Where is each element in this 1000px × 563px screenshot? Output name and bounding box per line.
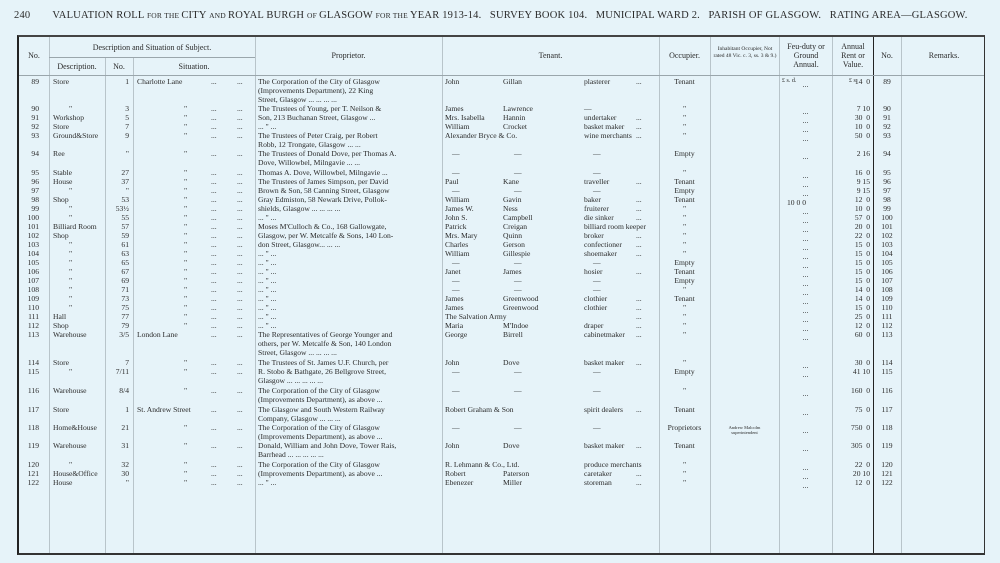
row-proprietor: ... " ... <box>258 322 441 331</box>
divider <box>49 37 50 553</box>
row-street-number: 3/5 <box>105 331 129 340</box>
row-dots: ... <box>211 331 217 340</box>
row-tenant-first: — <box>452 424 460 433</box>
row-annual-rent: 305 0 <box>832 442 870 451</box>
row-proprietor: (Improvements Department), as above ... <box>258 470 441 479</box>
row-situation: " <box>184 424 187 433</box>
row-tenant-last: — <box>514 424 522 433</box>
row-proprietor: Son, 213 Buchanan Street, Glasgow ... <box>258 114 441 123</box>
row-street-number: 1 <box>105 78 129 87</box>
row-dots: ... <box>211 424 217 433</box>
row-feu-duty: ... <box>779 371 832 380</box>
row-situation: " <box>184 132 187 141</box>
row-dots: ... <box>237 150 243 159</box>
row-proprietor: The Trustees of Young, per T. Neilson & <box>258 105 441 114</box>
row-description: " <box>69 368 72 377</box>
row-dots: ... <box>237 78 243 87</box>
row-tenant-trade: basket maker <box>584 359 624 368</box>
row-situation: " <box>184 322 187 331</box>
row-annual-rent: 75 0 <box>832 406 870 415</box>
row-feu-duty: ... <box>779 409 832 418</box>
title-part: CITY <box>181 10 209 21</box>
row-description: Ground&Store <box>53 132 98 141</box>
col-header-description: Description. <box>49 62 105 71</box>
row-description: Store <box>53 406 69 415</box>
row-proprietor: ... " ... <box>258 277 441 286</box>
row-number-2: 116 <box>873 387 901 396</box>
row-situation: " <box>184 387 187 396</box>
row-proprietor: ... " ... <box>258 214 441 223</box>
row-occupier: " <box>659 479 710 488</box>
header-divider <box>19 75 984 76</box>
row-tenant-trade: basket maker <box>584 442 624 451</box>
row-dots: ... <box>211 442 217 451</box>
row-dots: ... <box>237 387 243 396</box>
row-number: 113 <box>19 331 39 340</box>
row-feu-duty: ... <box>779 334 832 343</box>
row-proprietor: R. Stobo & Bathgate, 26 Bellgrove Street… <box>258 368 441 377</box>
row-tenant-last: — <box>514 150 522 159</box>
row-description: Warehouse <box>53 331 87 340</box>
row-proprietor: (Improvements Department), as above ... <box>258 433 441 442</box>
row-proprietor: ... " ... <box>258 259 441 268</box>
row-annual-rent: 750 0 <box>832 424 870 433</box>
row-number: 117 <box>19 406 39 415</box>
row-annual-rent: 2 16 <box>832 150 870 159</box>
row-proprietor: The Corporation of the City of Glasgow <box>258 387 441 396</box>
row-dots: ... <box>237 368 243 377</box>
row-proprietor: Street, Glasgow ... ... ... ... <box>258 349 441 358</box>
row-proprietor: Glasgow ... ... ... ... ... <box>258 377 441 386</box>
row-number-2: 94 <box>873 150 901 159</box>
row-number: 122 <box>19 479 39 488</box>
row-description: Shop <box>53 232 69 241</box>
col-header-annual-rent: Annual Rent or Value. <box>834 42 872 69</box>
row-proprietor: Robb, 12 Trongate, Glasgow ... ... <box>258 141 441 150</box>
row-dots: ... <box>237 442 243 451</box>
row-tenant-first: John <box>445 442 459 451</box>
row-tenant-dots: ... <box>636 250 642 259</box>
row-proprietor: The Trustees of St. James U.F. Church, p… <box>258 359 441 368</box>
col-header-situation: Situation. <box>133 62 255 71</box>
row-situation: " <box>184 368 187 377</box>
row-occupier: Tenant <box>659 442 710 451</box>
row-description: Store <box>53 359 69 368</box>
row-dots: ... <box>211 406 217 415</box>
col-header-inhabitant: Inhabitant Occupier, Not rated 48 Vic. c… <box>713 46 777 59</box>
row-tenant-trade: — <box>593 424 601 433</box>
row-proprietor: Moses M'Culloch & Co., 168 Gallowgate, <box>258 223 441 232</box>
row-number-2: 119 <box>873 442 901 451</box>
row-tenant-first: Alexander Bryce & Co. <box>445 132 517 141</box>
row-tenant-dots: ... <box>636 359 642 368</box>
row-situation: London Lane <box>137 331 178 340</box>
row-proprietor: The Corporation of the City of Glasgow <box>258 78 441 87</box>
row-occupier: " <box>659 132 710 141</box>
row-proprietor: Thomas A. Dove, Willowbel, Milngavie ... <box>258 169 441 178</box>
row-tenant-first: John <box>445 78 459 87</box>
row-situation: St. Andrew Street <box>137 406 191 415</box>
row-feu-duty: ... <box>779 445 832 454</box>
row-tenant-first: Ebenezer <box>445 479 473 488</box>
row-proprietor: Dove, Willowbel, Milngavie ... ... <box>258 159 441 168</box>
row-dots: ... <box>211 387 217 396</box>
col-header-desc-group: Description and Situation of Subject. <box>49 43 255 52</box>
row-proprietor: The Trustees of Peter Craig, per Robert <box>258 132 441 141</box>
row-dots: ... <box>237 406 243 415</box>
row-number: 93 <box>19 132 39 141</box>
row-proprietor: ... " ... <box>258 304 441 313</box>
row-tenant-dots: ... <box>636 132 642 141</box>
row-number: 115 <box>19 368 39 377</box>
row-proprietor: Company, Glasgow ... ... ... <box>258 415 441 424</box>
row-number-2: 115 <box>873 368 901 377</box>
row-dots: ... <box>211 479 217 488</box>
divider <box>133 57 134 553</box>
row-dots: ... <box>211 368 217 377</box>
col-header-no2: No. <box>873 51 901 60</box>
row-proprietor: The Glasgow and South Western Railway <box>258 406 441 415</box>
divider <box>901 37 902 553</box>
row-number-2: 89 <box>873 78 901 87</box>
row-tenant-dots: ... <box>636 406 642 415</box>
title-part: FOR THE <box>147 11 181 20</box>
row-tenant-dots: ... <box>636 268 642 277</box>
page-number: 240 <box>14 10 30 21</box>
row-number: 89 <box>19 78 39 87</box>
row-number: 118 <box>19 424 39 433</box>
row-situation: " <box>184 442 187 451</box>
row-situation: Charlotte Lane <box>137 78 182 87</box>
title-part: GLASGOW <box>319 10 376 21</box>
row-tenant-trade: wine merchants <box>584 132 632 141</box>
row-number: 119 <box>19 442 39 451</box>
row-feu-duty: ... <box>779 135 832 144</box>
row-tenant-last: — <box>514 368 522 377</box>
row-tenant-trade: cabinetmaker <box>584 331 625 340</box>
divider <box>255 37 256 553</box>
row-street-number: 9 <box>105 132 129 141</box>
row-proprietor: Donald, William and John Dove, Tower Rai… <box>258 442 441 451</box>
row-street-number: 21 <box>105 424 129 433</box>
row-proprietor: ... " ... <box>258 268 441 277</box>
row-proprietor: (Improvements Department), as above ... <box>258 396 441 405</box>
row-street-number: " <box>105 150 129 159</box>
row-proprietor: The Corporation of the City of Glasgow <box>258 424 441 433</box>
row-proprietor: The Corporation of the City of Glasgow <box>258 461 441 470</box>
row-annual-rent: 50 0 <box>832 132 870 141</box>
row-street-number: 7/11 <box>105 368 129 377</box>
row-occupier: Tenant <box>659 78 710 87</box>
row-dots: ... <box>211 132 217 141</box>
row-street-number: " <box>105 479 129 488</box>
roll-title: VALUATION ROLL FOR THE CITY AND ROYAL BU… <box>52 10 967 21</box>
row-number-2: 113 <box>873 331 901 340</box>
row-proprietor: Barrhead ... ... ... ... ... <box>258 451 441 460</box>
row-description: Warehouse <box>53 387 87 396</box>
row-description: Warehouse <box>53 442 87 451</box>
row-tenant-trade: clothier <box>584 304 607 313</box>
row-tenant-last: — <box>514 387 522 396</box>
row-description: Home&House <box>53 424 97 433</box>
row-annual-rent: 12 0 <box>832 479 870 488</box>
col-header-feu-duty: Feu-duty or Ground Annual. <box>781 42 831 69</box>
row-tenant-last: Gillan <box>503 78 522 87</box>
row-proprietor: others, per W. Metcalfe & Son, 140 Londo… <box>258 340 441 349</box>
divider <box>49 57 255 58</box>
row-proprietor: Street, Glasgow ... ... ... ... <box>258 96 441 105</box>
row-dots: ... <box>211 78 217 87</box>
divider <box>710 37 711 553</box>
row-occupier: " <box>659 387 710 396</box>
row-tenant-last: Greenwood <box>503 304 538 313</box>
col-header-no: No. <box>19 51 49 60</box>
col-header-sub-no: No. <box>105 62 133 71</box>
row-dots: ... <box>237 132 243 141</box>
row-tenant-last: Birrell <box>503 331 523 340</box>
row-proprietor: ... " ... <box>258 123 441 132</box>
row-occupier: Empty <box>659 150 710 159</box>
row-number: 94 <box>19 150 39 159</box>
row-tenant-dots: ... <box>636 331 642 340</box>
row-proprietor: The Representatives of George Younger an… <box>258 331 441 340</box>
row-number-2: 118 <box>873 424 901 433</box>
row-proprietor: shields, Glasgow ... ... ... ... <box>258 205 441 214</box>
row-number-2: 93 <box>873 132 901 141</box>
row-situation: " <box>184 150 187 159</box>
row-situation: " <box>184 479 187 488</box>
row-tenant-trade: — <box>593 387 601 396</box>
row-tenant-dots: ... <box>636 178 642 187</box>
row-tenant-first: — <box>452 150 460 159</box>
row-description: " <box>69 187 72 196</box>
row-tenant-first: George <box>445 331 467 340</box>
row-description: House <box>53 479 72 488</box>
row-proprietor: ... " ... <box>258 295 441 304</box>
row-tenant-trade: — <box>593 150 601 159</box>
row-feu-duty: ... <box>779 427 832 436</box>
row-annual-rent: 160 0 <box>832 387 870 396</box>
row-inhabitant-occupier: superintendent <box>710 430 779 435</box>
row-dots: ... <box>237 331 243 340</box>
row-tenant-dots: ... <box>636 442 642 451</box>
row-tenant-trade: plasterer <box>584 78 610 87</box>
row-tenant-first: — <box>452 368 460 377</box>
row-tenant-trade: spirit dealers <box>584 406 623 415</box>
row-feu-duty: ... <box>779 81 832 90</box>
row-tenant-dots: ... <box>636 479 642 488</box>
col-header-occupier: Occupier. <box>659 51 710 60</box>
row-feu-duty: ... <box>779 482 832 491</box>
row-proprietor: The Trustees of Donald Dove, per Thomas … <box>258 150 441 159</box>
row-description: Ree <box>53 150 65 159</box>
row-description: Shop <box>53 196 69 205</box>
row-tenant-first: Robert Graham & Son <box>445 406 514 415</box>
row-occupier: Tenant <box>659 406 710 415</box>
row-tenant-trade: storeman <box>584 479 612 488</box>
row-feu-duty: ... <box>779 153 832 162</box>
col-header-proprietor: Proprietor. <box>255 51 442 60</box>
row-number-2: 122 <box>873 479 901 488</box>
row-proprietor: ... " ... <box>258 250 441 259</box>
row-feu-duty: ... <box>779 390 832 399</box>
row-street-number: 31 <box>105 442 129 451</box>
row-proprietor: ... " ... <box>258 286 441 295</box>
col-header-remarks: Remarks. <box>901 51 987 60</box>
row-tenant-first: — <box>452 387 460 396</box>
valuation-table: No. Description and Situation of Subject… <box>17 35 985 555</box>
row-description: " <box>69 304 72 313</box>
row-street-number: 8/4 <box>105 387 129 396</box>
row-number: 116 <box>19 387 39 396</box>
row-tenant-last: Dove <box>503 442 519 451</box>
row-proprietor: The Trustees of James Simpson, per David <box>258 178 441 187</box>
row-annual-rent: 41 10 <box>832 368 870 377</box>
row-dots: ... <box>237 479 243 488</box>
row-dots: ... <box>237 424 243 433</box>
title-part: VALUATION ROLL <box>52 10 147 21</box>
row-occupier: " <box>659 331 710 340</box>
row-proprietor: ... " ... <box>258 313 441 322</box>
row-annual-rent: 14 0 <box>832 78 870 87</box>
title-part: OF <box>307 11 319 20</box>
row-occupier: Proprietors <box>659 424 710 433</box>
row-description: Store <box>53 78 69 87</box>
row-tenant-dots: ... <box>636 78 642 87</box>
row-proprietor: ... " ... <box>258 479 441 488</box>
row-tenant-trade: — <box>593 368 601 377</box>
row-tenant-last: Miller <box>503 479 522 488</box>
row-proprietor: Glasgow, per W. Metcalfe & Sons, 140 Lon… <box>258 232 441 241</box>
page-title: 240VALUATION ROLL FOR THE CITY AND ROYAL… <box>14 10 968 21</box>
title-part: ROYAL BURGH <box>228 10 307 21</box>
title-part: FOR THE <box>376 11 410 20</box>
row-proprietor: Brown & Son, 58 Canning Street, Glasgow <box>258 187 441 196</box>
row-street-number: 1 <box>105 406 129 415</box>
row-proprietor: (Improvements Department), 22 King <box>258 87 441 96</box>
title-part: YEAR 1913-14. SURVEY BOOK 104. MUNICIPAL… <box>410 10 968 21</box>
col-header-tenant: Tenant. <box>442 51 659 60</box>
row-proprietor: Gray Edmiston, 58 Newark Drive, Pollok- <box>258 196 441 205</box>
row-dots: ... <box>211 150 217 159</box>
divider <box>442 37 443 553</box>
row-annual-rent: 60 0 <box>832 331 870 340</box>
row-number-2: 117 <box>873 406 901 415</box>
title-part: AND <box>209 11 228 20</box>
row-occupier: Empty <box>659 368 710 377</box>
row-proprietor: don Street, Glasgow... ... ... <box>258 241 441 250</box>
